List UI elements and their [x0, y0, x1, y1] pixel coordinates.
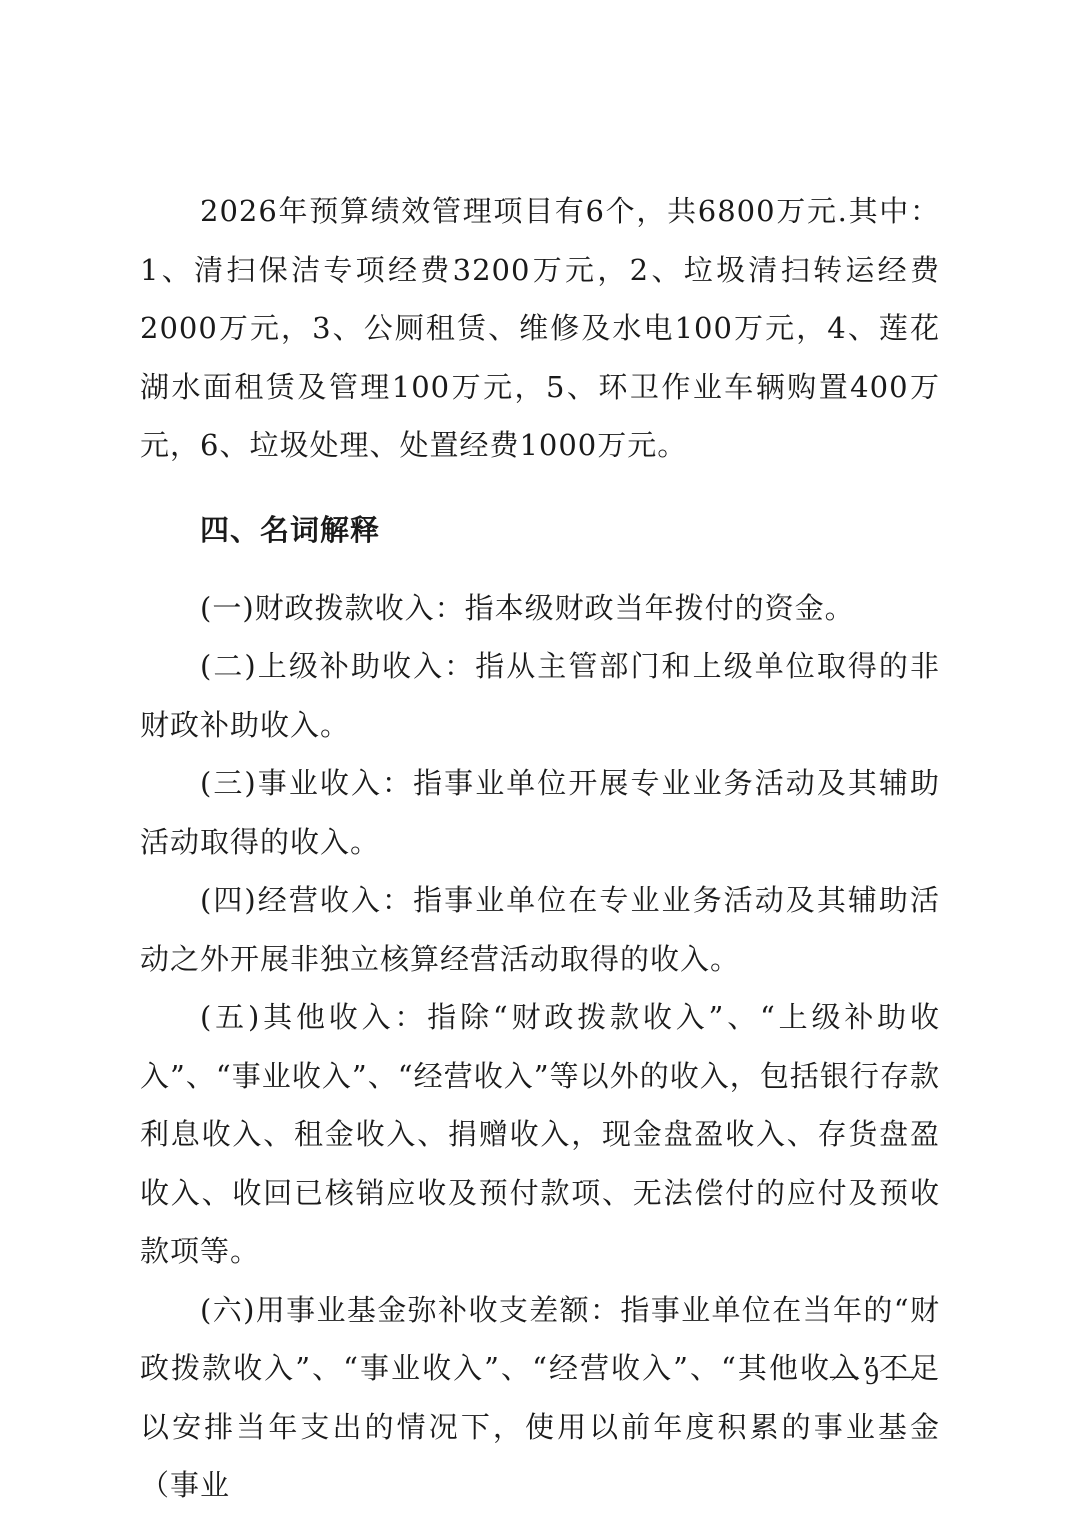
page-footer: — 9 — [0, 1360, 1074, 1392]
definition-paragraph-4: (四)经营收入：指事业单位在专业业务活动及其辅助活动之外开展非独立核算经营活动取… [140, 871, 940, 988]
definition-paragraph-5: (五)其他收入：指除“财政拨款收入”、“上级补助收入”、“事业收入”、“经营收入… [140, 988, 940, 1281]
definition-paragraph-2: (二)上级补助收入：指从主管部门和上级单位取得的非财政补助收入。 [140, 637, 940, 754]
budget-projects-paragraph: 2026年预算绩效管理项目有6个，共6800万元.其中：1、清扫保洁专项经费32… [140, 182, 940, 475]
document-page: 2026年预算绩效管理项目有6个，共6800万元.其中：1、清扫保洁专项经费32… [140, 182, 940, 1515]
section-heading: 四、名词解释 [140, 501, 940, 559]
definition-paragraph-1: (一)财政拨款收入：指本级财政当年拨付的资金。 [140, 579, 940, 638]
page-number: — 9 — [830, 1360, 914, 1392]
definition-paragraph-6: (六)用事业基金弥补收支差额：指事业单位在当年的“财政拨款收入”、“事业收入”、… [140, 1281, 940, 1515]
definition-paragraph-3: (三)事业收入：指事业单位开展专业业务活动及其辅助活动取得的收入。 [140, 754, 940, 871]
